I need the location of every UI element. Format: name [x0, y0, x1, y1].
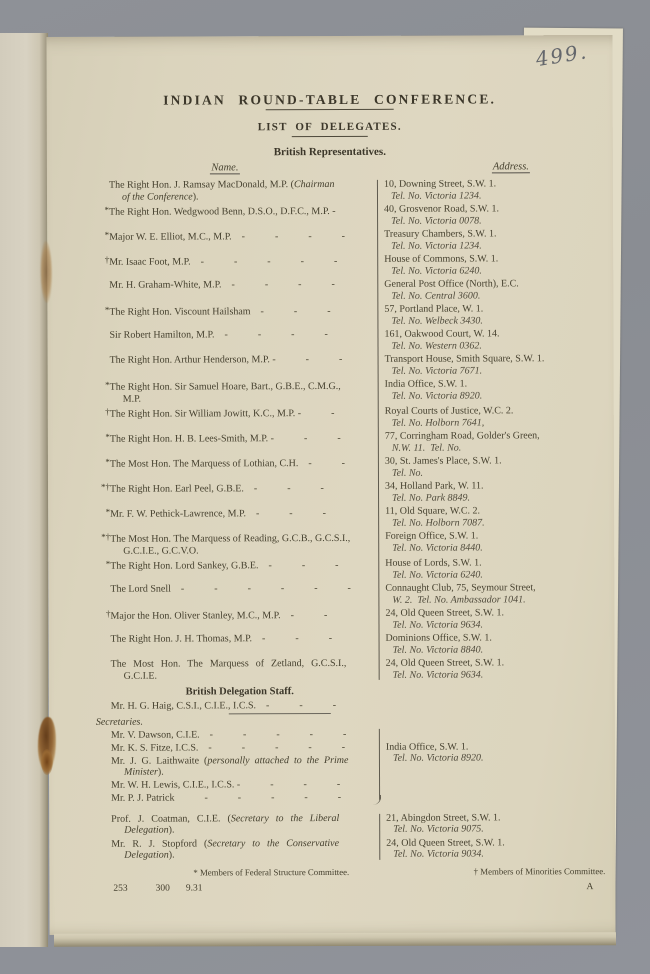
staff-divider-rule	[229, 713, 331, 714]
adjacent-page-fold	[0, 33, 48, 947]
delegate-name-cont: ).	[169, 825, 175, 836]
committee-marker: *†	[100, 482, 110, 494]
headings-block: INDIAN ROUND-TABLE CONFERENCE. LIST OF D…	[99, 93, 561, 159]
telephone-line: Tel. No. Western 0362.	[384, 340, 605, 352]
secretaries-rows: Mr. V. Dawson, C.I.E. - - - - - Mr. K. S…	[101, 728, 607, 805]
address-line: 24, Old Queen Street, S.W. 1.	[386, 837, 607, 849]
name-cell: *The Right Hon. Wedgwood Benn, D.S.O., D…	[99, 204, 377, 218]
staff-name: Mr. V. Dawson, C.I.E. - - - - -	[111, 729, 347, 741]
committee-marker: †	[100, 609, 110, 621]
committee-marker: †	[100, 407, 110, 419]
address-line: 11, Old Square, W.C. 2.	[385, 505, 606, 517]
delegate-name-cont: G.C.I.E.	[124, 670, 157, 681]
delegate-row: Mr. R. J. Stopford (Secretary to the Con…	[101, 837, 607, 862]
committee-marker: *	[99, 305, 109, 317]
delegate-row: The Right Hon. J. Ramsay MacDonald, M.P.…	[99, 178, 605, 203]
address-cell: General Post Office (North), E.C. Tel. N…	[377, 278, 605, 302]
imprint-number: 253	[113, 884, 127, 896]
delegate-row: *Major W. E. Elliot, M.C., M.P. - - - - …	[99, 228, 605, 253]
delegate-name-italic-cont: of the Conference	[122, 191, 193, 202]
name-cell: *†The Most Hon. The Marquess of Reading,…	[100, 531, 378, 557]
address-cell: 57, Portland Place, W. 1. Tel. No. Welbe…	[377, 303, 605, 327]
address-line: Foreign Office, S.W. 1.	[385, 530, 606, 542]
staff-name: Mr. P. J. Patrick - - - - -	[111, 792, 341, 804]
telephone-line: Tel. No. Victoria 8840.	[386, 644, 607, 656]
committee-marker: *†	[100, 532, 110, 544]
name-cell: *Major W. E. Elliot, M.C., M.P. - - - -	[99, 229, 377, 243]
delegate-name-italic-cont: Delegation	[124, 850, 168, 861]
name-cell: †The Right Hon. Sir William Jowitt, K.C.…	[100, 406, 378, 420]
delegation-secretaries-table: Prof. J. Coatman, C.I.E. (Secretary to t…	[101, 812, 607, 862]
imprint-number: 9.31	[186, 884, 203, 896]
address-line: 34, Holland Park, W. 11.	[385, 480, 606, 492]
name-cell: Mr. V. Dawson, C.I.E. - - - - -	[101, 729, 379, 741]
delegate-name-cont: ).	[193, 191, 199, 202]
address-cell: House of Commons, S.W. 1. Tel. No. Victo…	[377, 253, 605, 277]
delegate-row: Prof. J. Coatman, C.I.E. (Secretary to t…	[101, 812, 607, 837]
name-cell: Mr. K. S. Fitze, I.C.S. - - - - -	[101, 742, 379, 754]
committee-marker: *	[100, 457, 110, 469]
staff-name: Mr. W. H. Lewis, C.I.E., I.C.S. - - - -	[111, 779, 340, 791]
staff-name-italic: personally attached to the Prime	[207, 755, 348, 766]
address-cell: Royal Courts of Justice, W.C. 2. Tel. No…	[378, 405, 606, 429]
delegate-name: The Right Hon. Wedgwood Benn, D.S.O., D.…	[109, 206, 336, 218]
delegate-name: The Most Hon. The Marquess of Reading, G…	[110, 533, 350, 545]
name-cell: *The Right Hon. Sir Samuel Hoare, Bart.,…	[100, 379, 378, 405]
staff-name: Mr. J. G. Laithwaite (	[111, 755, 207, 766]
delegate-row: *Mr. F. W. Pethick-Lawrence, M.P. - - - …	[100, 505, 606, 530]
name-cell: The Lord Snell - - - - - -	[100, 583, 378, 595]
address-line: Treasury Chambers, S.W. 1.	[384, 228, 605, 240]
address-line: House of Lords, S.W. 1.	[385, 557, 606, 569]
address-cell: Treasury Chambers, S.W. 1. Tel. No. Vict…	[377, 228, 605, 252]
staff-row: Mr. V. Dawson, C.I.E. - - - - -	[101, 728, 607, 741]
footnote-minorities: † Members of Minorities Committee.	[474, 866, 606, 878]
delegate-row: The Most Hon. The Marquess of Zetland, G…	[101, 657, 607, 682]
address-line: General Post Office (North), E.C.	[384, 278, 605, 290]
column-header-name: Name.	[99, 162, 377, 174]
committee-marker: *	[100, 507, 110, 519]
address-line: 77, Corringham Road, Golder's Green,	[385, 430, 606, 442]
secretaries-label: Secretaries.	[96, 715, 607, 728]
delegate-row: *The Right Hon. Lord Sankey, G.B.E. - - …	[100, 557, 606, 582]
address-line: 10, Downing Street, S.W. 1.	[384, 178, 605, 190]
delegate-row: The Right Hon. J. H. Thomas, M.P. - - - …	[101, 632, 607, 657]
staff-row: Mr. W. H. Lewis, C.I.E., I.C.S. - - - -	[101, 778, 607, 791]
name-cell: Mr. H. G. Haig, C.S.I., C.I.E., I.C.S. -…	[101, 700, 379, 712]
address-cell: 24, Old Queen Street, S.W. 1. Tel. No. V…	[379, 657, 607, 681]
address-line: 57, Portland Place, W. 1.	[384, 303, 605, 315]
staff-rows: Mr. H. G. Haig, C.S.I., C.I.E., I.C.S. -…	[101, 699, 607, 712]
address-cell: 34, Holland Park, W. 11. Tel. No. Park 8…	[378, 480, 606, 504]
delegate-name: Major W. E. Elliot, M.C., M.P. - - - -	[109, 231, 345, 243]
delegate-row: *†The Right Hon. Earl Peel, G.B.E. - - -…	[100, 480, 606, 505]
delegate-name: The Right Hon. Earl Peel, G.B.E. - - -	[110, 483, 324, 495]
staff-row: Mr. J. G. Laithwaite (personally attache…	[101, 754, 607, 779]
delegate-name-italic: Chairman	[294, 179, 335, 190]
staff-name: Mr. K. S. Fitze, I.C.S. - - - - -	[111, 742, 345, 754]
name-cell: The Right Hon. J. Ramsay MacDonald, M.P.…	[99, 179, 377, 203]
delegate-name: The Right Hon. J. Ramsay MacDonald, M.P.…	[109, 180, 294, 192]
address-line: Royal Courts of Justice, W.C. 2.	[385, 405, 606, 417]
delegate-row: *The Right Hon. H. B. Lees-Smith, M.P. -…	[100, 430, 606, 455]
name-cell: The Right Hon. Arthur Henderson, M.P. - …	[100, 354, 378, 366]
telephone-line: Tel. No. Holborn 7087.	[385, 517, 606, 529]
delegate-row: †Major the Hon. Oliver Stanley, M.C., M.…	[100, 607, 606, 632]
telephone-line: Tel. No. Victoria 9075.	[386, 823, 607, 835]
committee-marker: *	[100, 559, 110, 571]
delegate-name: The Right Hon. H. B. Lees-Smith, M.P. - …	[110, 433, 341, 445]
address-cell: House of Lords, S.W. 1. Tel. No. Victori…	[378, 557, 606, 581]
telephone-line: Tel. No. Park 8849.	[385, 492, 606, 504]
staff-row: Mr. H. G. Haig, C.S.I., C.I.E., I.C.S. -…	[101, 699, 607, 712]
telephone-line: Tel. No. Victoria 1234.	[384, 190, 605, 202]
address-cell: Connaught Club, 75, Seymour Street, W. 2…	[378, 582, 606, 606]
name-cell: *†The Right Hon. Earl Peel, G.B.E. - - -	[100, 481, 378, 495]
address-line: 161, Oakwood Court, W. 14.	[384, 328, 605, 340]
name-cell: Mr. W. H. Lewis, C.I.E., I.C.S. - - - -	[101, 779, 379, 791]
delegate-name: Mr. H. Graham-White, M.P. - - - -	[109, 279, 335, 291]
name-cell: †Major the Hon. Oliver Stanley, M.C., M.…	[100, 608, 378, 622]
delegate-row: *The Right Hon. Viscount Hailsham - - - …	[99, 303, 605, 328]
subtitle-underline	[292, 136, 368, 137]
address-line: India Office, S.W. 1.	[385, 378, 606, 390]
address-cell: India Office, S.W. 1. Tel. No. Victoria …	[378, 378, 606, 402]
committee-marker: †	[99, 255, 109, 267]
name-cell: *Mr. F. W. Pethick-Lawrence, M.P. - - -	[100, 506, 378, 520]
address-cell: Foreign Office, S.W. 1. Tel. No. Victori…	[378, 530, 606, 554]
delegate-name-italic: Secretary to the Liberal	[231, 813, 339, 824]
staff-row: Mr. P. J. Patrick - - - - -	[101, 791, 607, 804]
delegate-name: Major the Hon. Oliver Stanley, M.C., M.P…	[110, 610, 327, 622]
address-cell: 40, Grosvenor Road, S.W. 1. Tel. No. Vic…	[377, 203, 605, 227]
address-line: Connaught Club, 75, Seymour Street,	[385, 582, 606, 594]
telephone-line: N.W. 11. Tel. No.	[385, 442, 606, 454]
telephone-line: Tel. No. Welbeck 3430.	[384, 315, 605, 327]
delegate-name-cont: M.P.	[123, 394, 141, 405]
signature-letter: A	[587, 882, 594, 894]
secretaries-shared-address: India Office, S.W. 1. Tel. No. Victoria …	[386, 741, 484, 764]
telephone-line: Tel. No. Central 3600.	[384, 290, 605, 302]
address-line: House of Commons, S.W. 1.	[384, 253, 605, 265]
delegate-row: *The Right Hon. Wedgwood Benn, D.S.O., D…	[99, 203, 605, 228]
delegate-name: The Right Hon. Sir William Jowitt, K.C.,…	[110, 408, 335, 420]
address-line: Dominions Office, S.W. 1.	[386, 632, 607, 644]
name-cell: Sir Robert Hamilton, M.P. - - - -	[99, 329, 377, 341]
address-cell: Dominions Office, S.W. 1. Tel. No. Victo…	[379, 632, 607, 656]
telephone-line: Tel. No. Victoria 6240.	[385, 569, 606, 581]
committee-marker: *	[99, 205, 109, 217]
staff-name-cont: ).	[158, 767, 164, 778]
delegate-name-cont: G.C.I.E., G.C.V.O.	[123, 545, 198, 556]
column-headers: Name. Address.	[99, 161, 605, 174]
name-cell: The Most Hon. The Marquess of Zetland, G…	[101, 658, 379, 682]
staff-section-heading: British Delegation Staff.	[101, 686, 379, 698]
delegate-name: Sir Robert Hamilton, M.P. - - - -	[109, 329, 327, 341]
delegate-row: Mr. H. Graham-White, M.P. - - - - Genera…	[99, 278, 605, 303]
committee-marker: *	[99, 230, 109, 242]
telephone-line: Tel. No. Victoria 0078.	[384, 215, 605, 227]
name-cell: *The Right Hon. Lord Sankey, G.B.E. - - …	[100, 558, 378, 572]
name-cell: †Mr. Isaac Foot, M.P. - - - - -	[99, 254, 377, 268]
address-cell: 21, Abingdon Street, S.W. 1. Tel. No. Vi…	[379, 812, 607, 836]
staff-name: Mr. H. G. Haig, C.S.I., C.I.E., I.C.S. -…	[111, 700, 336, 712]
name-cell: Mr. J. G. Laithwaite (personally attache…	[101, 755, 379, 779]
page-title: INDIAN ROUND-TABLE CONFERENCE.	[99, 93, 561, 106]
telephone-line: Tel. No. Victoria 6240.	[384, 265, 605, 277]
page-stack-edge	[54, 932, 616, 946]
name-cell: *The Right Hon. H. B. Lees-Smith, M.P. -…	[100, 431, 378, 445]
telephone-line: Tel. No. Victoria 9634.	[386, 669, 607, 681]
delegate-name: Mr. Isaac Foot, M.P. - - - - -	[109, 256, 337, 268]
telephone-line: Tel. No. Victoria 9634.	[385, 619, 606, 631]
delegate-name: The Right Hon. Arthur Henderson, M.P. - …	[110, 354, 343, 366]
telephone-line: Tel. No. Victoria 8920.	[385, 390, 606, 402]
name-cell: Mr. P. J. Patrick - - - - -	[101, 792, 379, 804]
delegate-name: Mr. F. W. Pethick-Lawrence, M.P. - - -	[110, 508, 326, 520]
name-cell: The Right Hon. J. H. Thomas, M.P. - - -	[101, 633, 379, 645]
address-cell: Transport House, Smith Square, S.W. 1. T…	[378, 353, 606, 377]
telephone-line: Tel. No.	[385, 467, 606, 479]
column-header-address: Address.	[377, 161, 605, 173]
delegate-row: †The Right Hon. Sir William Jowitt, K.C.…	[100, 405, 606, 430]
address-cell: 24, Old Queen Street, S.W. 1. Tel. No. V…	[378, 607, 606, 631]
address-line: 24, Old Queen Street, S.W. 1.	[386, 657, 607, 669]
imprint-footer: 253 300 9.31 A	[101, 882, 607, 895]
name-cell: Mr. H. Graham-White, M.P. - - - -	[99, 279, 377, 291]
delegate-name: The Right Hon. Viscount Hailsham - - -	[109, 306, 330, 318]
address-cell: 24, Old Queen Street, S.W. 1. Tel. No. V…	[379, 837, 607, 861]
delegates-table: The Right Hon. J. Ramsay MacDonald, M.P.…	[99, 178, 607, 682]
delegate-name: Prof. J. Coatman, C.I.E. (	[111, 813, 231, 824]
committee-marker: *	[100, 432, 110, 444]
document-page: 499. INDIAN ROUND-TABLE CONFERENCE. LIST…	[46, 35, 615, 935]
telephone-line: Tel. No. Victoria 9034.	[386, 848, 607, 860]
name-cell: Mr. R. J. Stopford (Secretary to the Con…	[101, 838, 379, 862]
delegate-row: The Lord Snell - - - - - - Connaught Clu…	[100, 582, 606, 607]
secretaries-block: Mr. V. Dawson, C.I.E. - - - - - Mr. K. S…	[101, 728, 607, 805]
delegate-row: *†The Most Hon. The Marquess of Reading,…	[100, 530, 606, 557]
staff-name-italic-cont: Minister	[124, 767, 158, 778]
delegate-name: The Most Hon. The Marquess of Lothian, C…	[110, 458, 345, 470]
address-line: India Office, S.W. 1.	[386, 741, 484, 753]
name-cell: Prof. J. Coatman, C.I.E. (Secretary to t…	[101, 813, 379, 837]
footnote-federal-structure: * Members of Federal Structure Committee…	[193, 867, 349, 879]
name-cell: *The Most Hon. The Marquess of Lothian, …	[100, 456, 378, 470]
delegate-name-italic: Secretary to the Conservative	[207, 838, 339, 849]
delegate-name: Mr. R. J. Stopford (	[111, 838, 207, 849]
name-cell: *The Right Hon. Viscount Hailsham - - -	[99, 304, 377, 318]
address-line: 21, Abingdon Street, S.W. 1.	[386, 812, 607, 824]
delegate-name: The Lord Snell - - - - - -	[110, 583, 351, 595]
delegate-row: †Mr. Isaac Foot, M.P. - - - - - House of…	[99, 253, 605, 278]
delegate-name: The Right Hon. J. H. Thomas, M.P. - - -	[111, 633, 333, 645]
page-content: INDIAN ROUND-TABLE CONFERENCE. LIST OF D…	[98, 35, 607, 896]
address-line: 40, Grosvenor Road, S.W. 1.	[384, 203, 605, 215]
telephone-line: Tel. No. Victoria 8440.	[385, 542, 606, 554]
address-cell: 161, Oakwood Court, W. 14. Tel. No. West…	[377, 328, 605, 352]
delegate-name: The Right Hon. Lord Sankey, G.B.E. - - -	[110, 560, 338, 572]
delegate-row: *The Most Hon. The Marquess of Lothian, …	[100, 455, 606, 480]
address-line: 24, Old Queen Street, S.W. 1.	[385, 607, 606, 619]
address-line: 30, St. James's Place, S.W. 1.	[385, 455, 606, 467]
telephone-line: Tel. No. Holborn 7641,	[385, 417, 606, 429]
delegate-name-cont: ).	[169, 850, 175, 861]
telephone-line: Tel. No. Victoria 8920.	[386, 753, 484, 765]
delegate-row: The Right Hon. Arthur Henderson, M.P. - …	[100, 353, 606, 378]
title-underline	[266, 108, 394, 110]
delegate-name: The Most Hon. The Marquess of Zetland, G…	[111, 658, 347, 670]
committee-marker: *	[100, 380, 110, 392]
delegate-name-italic-cont: Delegation	[124, 825, 168, 836]
delegate-row: *The Right Hon. Sir Samuel Hoare, Bart.,…	[100, 378, 606, 405]
telephone-line: Tel. No. Victoria 1234.	[384, 240, 605, 252]
delegate-name: The Right Hon. Sir Samuel Hoare, Bart., …	[110, 381, 341, 393]
address-cell: 11, Old Square, W.C. 2. Tel. No. Holborn…	[378, 505, 606, 529]
section-heading: British Representatives.	[99, 147, 561, 160]
page-subtitle: LIST OF DELEGATES.	[99, 121, 561, 134]
staff-row: Mr. K. S. Fitze, I.C.S. - - - - -	[101, 741, 607, 754]
address-cell: 30, St. James's Place, S.W. 1. Tel. No.	[378, 455, 606, 479]
address-cell: 77, Corringham Road, Golder's Green, N.W…	[378, 430, 606, 454]
address-cell: 10, Downing Street, S.W. 1. Tel. No. Vic…	[377, 178, 605, 202]
address-line: Transport House, Smith Square, S.W. 1.	[385, 353, 606, 365]
imprint-number: 300	[156, 884, 170, 896]
telephone-line: W. 2. Tel. No. Ambassador 1041.	[385, 594, 606, 606]
footnotes: * Members of Federal Structure Committee…	[101, 866, 607, 879]
delegate-row: Sir Robert Hamilton, M.P. - - - - 161, O…	[99, 328, 605, 353]
telephone-line: Tel. No. Victoria 7671.	[385, 365, 606, 377]
